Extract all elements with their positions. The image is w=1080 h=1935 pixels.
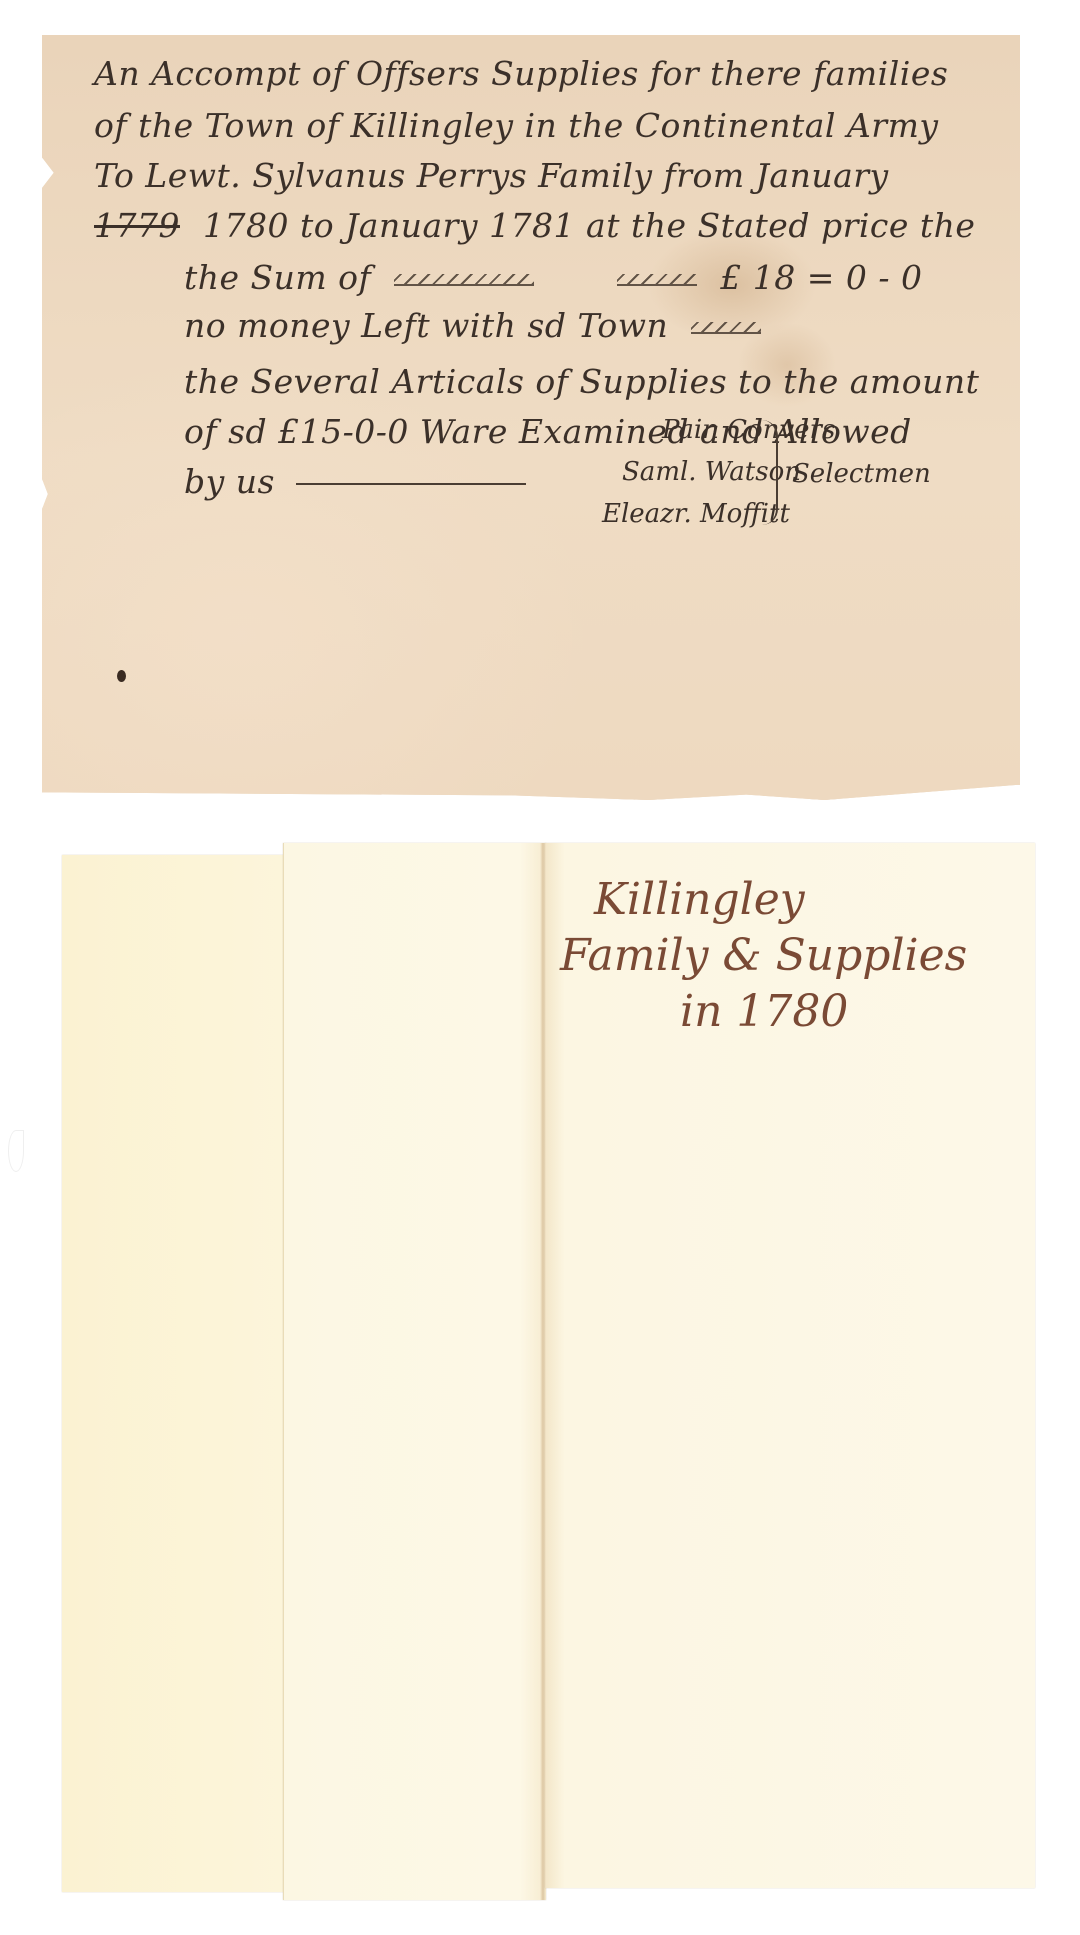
account-line-articles: the Several Articals of Supplies to the … (184, 365, 979, 398)
account-line-by-us: by us (184, 465, 536, 498)
struck-year: 1779 (94, 206, 180, 245)
selectmen-role: Selectmen (792, 459, 931, 489)
sum-amount: £ 18 = 0 - 0 (720, 258, 922, 297)
account-line-4: 1779 1780 to January 1781 at the Stated … (94, 209, 975, 242)
account-line-1: An Accompt of Offsers Supplies for there… (94, 57, 948, 90)
selectmen-signatures: Pain Convers Saml. Watson Eleazr. Moffit… (602, 415, 1002, 565)
filler-flourish (691, 322, 761, 334)
faint-margin-mark (8, 1130, 24, 1172)
docket-fold-crease (540, 843, 546, 1900)
docket-line-town: Killingley (594, 878, 805, 922)
by-us-label: by us (184, 462, 275, 501)
account-period: 1780 to January 1781 at the Stated price… (203, 206, 975, 245)
account-line-3: To Lewt. Sylvanus Perrys Family from Jan… (94, 159, 889, 192)
signature-brace (762, 420, 778, 525)
filler-flourish (617, 274, 697, 286)
docket-middle-panel (283, 843, 546, 1900)
docket-line-subject: Family & Supplies (560, 934, 967, 978)
signature-convers: Pain Convers (662, 415, 835, 445)
ink-blot (117, 670, 126, 682)
account-manuscript-sheet: An Accompt of Offsers Supplies for there… (42, 35, 1020, 800)
signature-rule (296, 483, 526, 485)
docket-line-year: in 1780 (680, 990, 848, 1034)
filler-flourish (394, 274, 534, 286)
account-sum-line: the Sum of £ 18 = 0 - 0 (184, 261, 923, 294)
account-note-line: no money Left with sd Town (184, 309, 773, 342)
docket-left-panel (62, 855, 295, 1892)
no-money-note: no money Left with sd Town (184, 306, 668, 345)
account-line-2: of the Town of Killingley in the Contine… (94, 109, 939, 142)
sum-label: the Sum of (184, 258, 371, 297)
